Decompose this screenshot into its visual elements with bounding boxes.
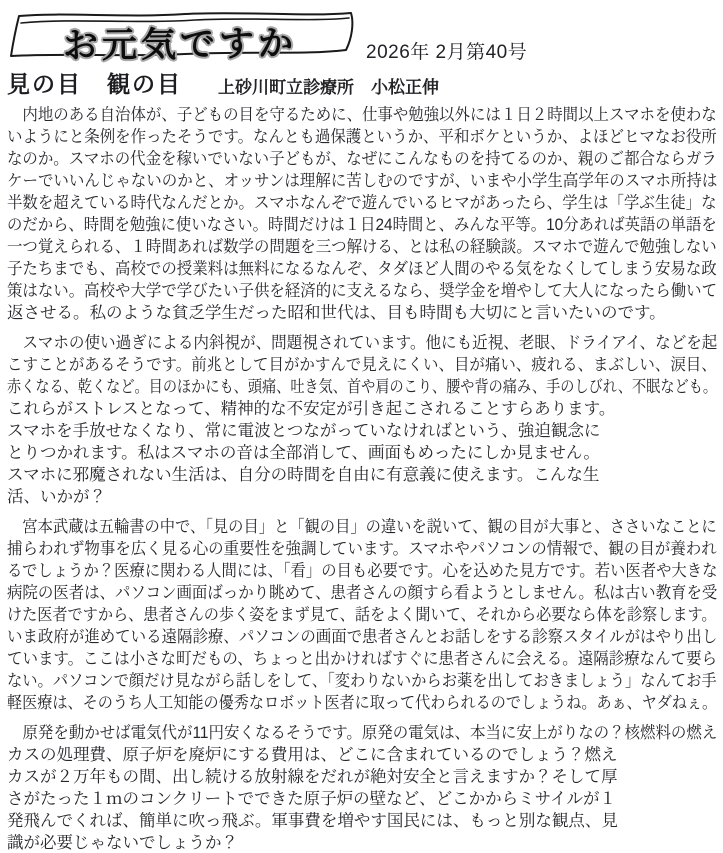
paragraph-nuclear-power: 原発を動かせば電気代が11円安くなるそうです。原発の電気は、本当に安上がりなの？… bbox=[7, 722, 717, 853]
text-line: のだから、時間を勉強に使いなさい。時間だけは１日24時間と、みんな平等。10分あ… bbox=[7, 214, 668, 236]
text-line: こすことがあるそうです。前兆として目がかすんで見えにくい、目が痛い、疲れる、まぶ… bbox=[7, 354, 672, 376]
text-line: スマホを手放せなくなり、常に電波とつながっていなければという、強迫観念に bbox=[7, 420, 717, 442]
text-line: 半数を超えている時代なんだとか。スマホなんぞで遊んでいるヒマがあったら、学生は「… bbox=[7, 192, 671, 214]
text-line: いま政府が進めている遠隔診療、パソコンの画面で患者さんとお話しをする診察スタイル… bbox=[7, 626, 672, 648]
text-line: 発飛んでくれば、簡単に吹っ飛ぶ。軍事費を増やす国民には、もっと別な観点、見 bbox=[7, 810, 717, 832]
text-line: 策はない。高校や大学で学びたい子供を経済的に支えるなら、奨学金を増やして大人にな… bbox=[7, 280, 671, 302]
text-line: いようにと条例を作ったそうです。なんとも過保護というか、平和ボケというか、よほど… bbox=[7, 126, 672, 148]
title-banner: お元気ですか bbox=[5, 8, 359, 62]
text-line: 子たちまでも、高校での授業料は無料になるなんぞ、タダほど人間のやる気をなくしてし… bbox=[7, 258, 671, 280]
article-title: 見の目 観の目 bbox=[7, 66, 182, 99]
text-line: 宮本武蔵は五輪書の中で、「見の目」と「観の目」の違いを説いて、観の目が大事と、さ… bbox=[7, 516, 664, 538]
text-line: 病院の医者は、パソコン画面ばっかり眺めて、患者さんの顔すら看ようとしません。私は… bbox=[7, 582, 671, 604]
text-line: 原発を動かせば電気代が11円安くなるそうです。原発の電気は、本当に安上がりなの？… bbox=[7, 722, 672, 744]
text-line: さがたった１ｍのコンクリートでできた原子炉の壁など、どこかからミサイルが１ bbox=[7, 788, 717, 810]
text-line: なのか。スマホの代金を稼いでいない子どもが、なぜにこんなものを持てるのか、親のご… bbox=[7, 148, 671, 170]
text-line: 捕らわれず物事を広く見る心の重要性を強調しています。スマホやパソコンの情報で、観… bbox=[7, 538, 673, 560]
text-line: これらがストレスとなって、精神的な不安定が引き起こされることすらあります。 bbox=[7, 398, 717, 420]
article-body: 内地のある自治体が、子どもの目を守るために、仕事や勉強以外には１日２時間以上スマ… bbox=[7, 104, 717, 853]
text-line: スマホに邪魔されない生活は、自分の時間を自由に有意義に使えます。こんな生 bbox=[7, 464, 717, 486]
text-line: 一つ覚えられる、１時間あれば数学の問題を三つ解ける、とは私の経験談。スマホで遊ん… bbox=[7, 236, 671, 258]
paragraph-smartphone-ordinance: 内地のある自治体が、子どもの目を守るために、仕事や勉強以外には１日２時間以上スマ… bbox=[7, 104, 717, 324]
paragraph-miyamoto-musashi: 宮本武蔵は五輪書の中で、「見の目」と「観の目」の違いを説いて、観の目が大事と、さ… bbox=[7, 516, 717, 714]
text-line: るでしょうか？医療に関わる人間には、「看」の目も必要です。心を込めた見方です。若… bbox=[7, 560, 667, 582]
newsletter-page: お元気ですか 2026年 2月第40号 見の目 観の目 上砂川町立診療所 小松正… bbox=[0, 0, 723, 853]
text-line: スマホの使い過ぎによる内斜視が、問題視されています。他にも近視、老眼、ドライアイ… bbox=[7, 332, 676, 354]
text-line: ない。パソコンで顔だけ見ながら話しをして、「変わりないからお薬を出しておきましょ… bbox=[7, 670, 664, 692]
text-line: 返させる。私のような貧乏学生だった昭和世代は、目も時間も大切にと言いたいのです。 bbox=[7, 302, 717, 324]
text-line: 活、いかが？ bbox=[7, 486, 717, 508]
text-line: ケーでいいんじゃないのかと、オッサンは理解に苦しむのですが、いまや小学生高学年の… bbox=[7, 170, 673, 192]
text-line: ています。ここは小さな町だもの、ちょっと出かければすぐに患者さんに会える。遠隔診… bbox=[7, 648, 673, 670]
text-line: カスが２万年もの間、出し続ける放射線をだれが絶対安全と言えますか？そして厚 bbox=[7, 766, 717, 788]
text-line: とりつかれます。私はスマホの音は全部消して、画面もめったにしか見ません。 bbox=[7, 442, 717, 464]
banner-title: お元気ですか bbox=[63, 15, 354, 68]
text-line: 内地のある自治体が、子どもの目を守るために、仕事や勉強以外には１日２時間以上スマ… bbox=[7, 104, 671, 126]
text-line: 識が必要じゃないでしょうか？ bbox=[7, 832, 717, 853]
text-line: 赤くなる、乾くなど。目のほかにも、頭痛、吐き気、首や肩のこり、腰や背の痛み、手の… bbox=[7, 376, 617, 398]
paragraph-eye-symptoms: スマホの使い過ぎによる内斜視が、問題視されています。他にも近視、老眼、ドライアイ… bbox=[7, 332, 717, 508]
text-line: けた医者ですから、患者さんの歩く姿をまず見て、話をよく聞いて、それから必要なら体… bbox=[7, 604, 658, 626]
article-byline: 上砂川町立診療所 小松正伸 bbox=[218, 73, 439, 98]
issue-number: 2026年 2月第40号 bbox=[366, 37, 527, 64]
text-line: カスの処理費、原子炉を廃炉にする費用は、どこに含まれているのでしょう？燃え bbox=[7, 744, 717, 766]
text-line: 軽医療は、そのうち人工知能の優秀なロボット医者に取って代わられるのでしょうね。あ… bbox=[7, 692, 657, 714]
